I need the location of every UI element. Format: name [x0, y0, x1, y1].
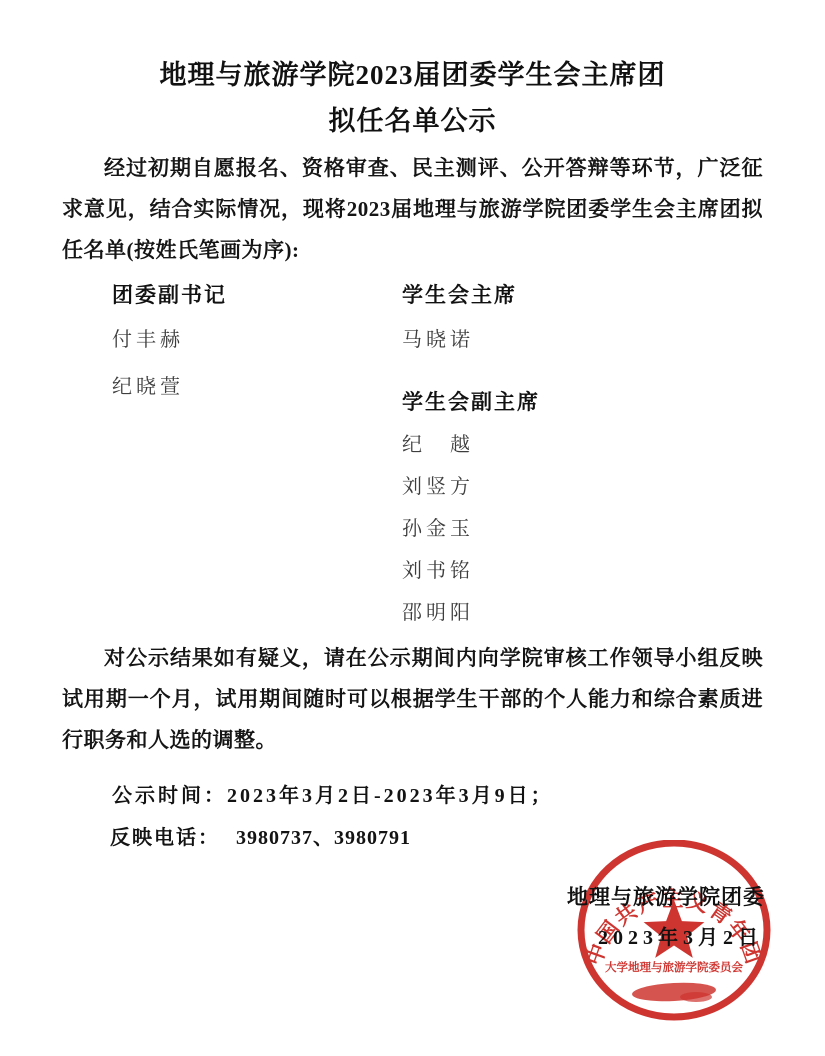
- phone-label: 反映电话：: [110, 827, 220, 849]
- signature-date: 2023年3月2日: [567, 924, 765, 952]
- roster-name: 孙金玉: [402, 508, 763, 550]
- roster-name: 纪 越: [402, 424, 763, 466]
- title-block: 地理与旅游学院2023届团委学生会主席团 拟任名单公示: [62, 52, 763, 144]
- roster-header-league-deputy-secretary: 团委副书记: [112, 273, 402, 317]
- roster-name: 刘竖方: [402, 466, 763, 508]
- intro-paragraph: 经过初期自愿报名、资格审查、民主测评、公开答辩等环节，广泛征求意见，结合实际情况…: [62, 148, 763, 271]
- seal-bottom-text: 大学地理与旅游学院委员会: [605, 960, 743, 974]
- roster-name: 付丰赫: [112, 317, 402, 364]
- roster-name: 马晓诺: [402, 317, 763, 364]
- roster-name: 邵明阳: [402, 592, 763, 634]
- signature-org: 地理与旅游学院团委: [567, 882, 765, 912]
- document-title-line1: 地理与旅游学院2023届团委学生会主席团: [62, 52, 763, 98]
- document-title-line2: 拟任名单公示: [62, 98, 763, 144]
- document-content: 地理与旅游学院2023届团委学生会主席团 拟任名单公示 经过初期自愿报名、资格审…: [0, 52, 825, 859]
- seal-smudge: [680, 992, 712, 1002]
- roster-column-left: 团委副书记 付丰赫 纪晓萱: [112, 273, 402, 634]
- roster-column-right: 学生会主席 马晓诺 学生会副主席 纪 越 刘竖方 孙金玉 刘书铭 邵明阳: [402, 273, 763, 634]
- signature-block: 地理与旅游学院团委 2023年3月2日: [567, 882, 765, 952]
- notice-time-line: 公示时间：2023年3月2日-2023年3月9日；: [62, 775, 763, 817]
- roster-name: 刘书铭: [402, 550, 763, 592]
- roster-header-student-union-vice-president: 学生会副主席: [402, 380, 763, 424]
- closing-paragraph: 对公示结果如有疑义，请在公示期间内向学院审核工作领导小组反映试用期一个月，试用期…: [62, 638, 763, 761]
- roster-name: 纪晓萱: [112, 364, 402, 411]
- phone-numbers: 3980737、3980791: [236, 827, 411, 849]
- document-page: 地理与旅游学院2023届团委学生会主席团 拟任名单公示 经过初期自愿报名、资格审…: [0, 0, 825, 1056]
- roster-header-student-union-president: 学生会主席: [402, 273, 763, 317]
- roster-section: 团委副书记 付丰赫 纪晓萱 学生会主席 马晓诺 学生会副主席 纪 越 刘竖方 孙…: [112, 273, 763, 634]
